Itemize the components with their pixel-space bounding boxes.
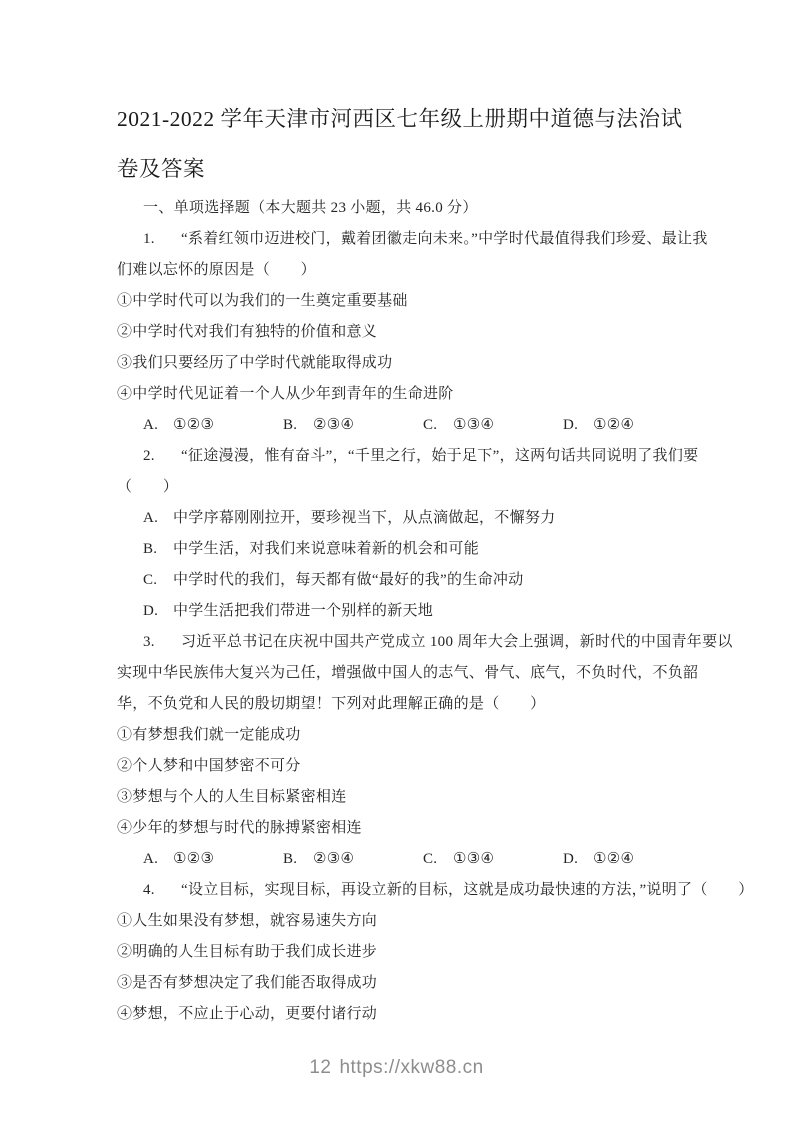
document-page: 2021-2022 学年天津市河西区七年级上册期中道德与法治试 卷及答案 一、单… (0, 0, 793, 1122)
question-1-choice-row: A.①②③B.②③④C.①③④D.①②④ (117, 410, 717, 441)
question-2-choice-c: C.中学时代的我们，每天都有做“最好的我”的生命冲动 (117, 565, 717, 596)
page-title: 2021-2022 学年天津市河西区七年级上册期中道德与法治试 卷及答案 (117, 94, 683, 194)
question-4-stem-text: “设立目标，实现目标，再设立新的目标，这就是成功最快速的方法，”说明了（ ） (181, 882, 754, 898)
choice-label: D. (143, 596, 173, 627)
choice-value: ①③④ (453, 851, 494, 867)
question-1-choice-d: D.①②④ (563, 410, 634, 441)
question-1-item-1: ①中学时代可以为我们的一生奠定重要基础 (117, 286, 717, 317)
question-3-stem-line-3: 华，不负党和人民的殷切期望！下列对此理解正确的是（ ） (117, 689, 717, 720)
question-2-stem-line-1: 2.“征途漫漫，惟有奋斗”，“千里之行，始于足下”，这两句话共同说明了我们要 (117, 441, 717, 472)
choice-value: 中学序幕刚刚拉开，要珍视当下，从点滴做起，不懈努力 (173, 510, 556, 526)
question-4-number: 4. (143, 875, 181, 906)
question-1-stem-line-2: 们难以忘怀的原因是（ ） (117, 255, 717, 286)
exam-body: 一、单项选择题（本大题共 23 小题，共 46.0 分） 1.“系着红领巾迈进校… (117, 193, 717, 1030)
question-1-choice-a: A.①②③ (143, 410, 283, 441)
question-2-stem-line-2: （ ） (117, 472, 717, 503)
choice-label: C. (423, 410, 453, 441)
choice-value: ②③④ (313, 417, 354, 433)
choice-value: ①②③ (173, 851, 214, 867)
question-3-choice-b: B.②③④ (283, 844, 423, 875)
choice-value: ①②④ (593, 417, 634, 433)
question-2: 2.“征途漫漫，惟有奋斗”，“千里之行，始于足下”，这两句话共同说明了我们要 （… (117, 441, 717, 627)
choice-label: C. (143, 565, 173, 596)
question-1: 1.“系着红领巾迈进校门，戴着团徽走向未来。”中学时代最值得我们珍爱、最让我 们… (117, 224, 717, 441)
question-1-stem-text: “系着红领巾迈进校门，戴着团徽走向未来。”中学时代最值得我们珍爱、最让我 (181, 231, 708, 247)
choice-value: 中学时代的我们，每天都有做“最好的我”的生命冲动 (173, 572, 524, 588)
question-4-item-3: ③是否有梦想决定了我们能否取得成功 (117, 968, 717, 999)
question-1-choice-b: B.②③④ (283, 410, 423, 441)
question-2-choice-b: B.中学生活，对我们来说意味着新的机会和可能 (117, 534, 717, 565)
question-3-number: 3. (143, 627, 181, 658)
choice-label: B. (283, 844, 313, 875)
question-3-item-4: ④少年的梦想与时代的脉搏紧密相连 (117, 813, 717, 844)
question-3-item-2: ②个人梦和中国梦密不可分 (117, 751, 717, 782)
choice-label: A. (143, 410, 173, 441)
question-3-stem-line-2: 实现中华民族伟大复兴为己任，增强做中国人的志气、骨气、底气，不负时代，不负韶 (117, 658, 717, 689)
choice-label: A. (143, 844, 173, 875)
question-1-number: 1. (143, 224, 181, 255)
question-2-choice-a: A.中学序幕刚刚拉开，要珍视当下，从点滴做起，不懈努力 (117, 503, 717, 534)
page-number: 12 (309, 1057, 331, 1078)
choice-value: 中学生活把我们带进一个别样的新天地 (173, 603, 433, 619)
choice-label: B. (143, 534, 173, 565)
question-1-choice-c: C.①③④ (423, 410, 563, 441)
site-url: https://xkw88.cn (339, 1057, 483, 1078)
question-1-stem-line-1: 1.“系着红领巾迈进校门，戴着团徽走向未来。”中学时代最值得我们珍爱、最让我 (117, 224, 717, 255)
choice-value: ②③④ (313, 851, 354, 867)
question-3: 3.习近平总书记在庆祝中国共产党成立 100 周年大会上强调，新时代的中国青年要… (117, 627, 717, 875)
question-2-choice-d: D.中学生活把我们带进一个别样的新天地 (117, 596, 717, 627)
choice-value: 中学生活，对我们来说意味着新的机会和可能 (173, 541, 479, 557)
question-3-item-1: ①有梦想我们就一定能成功 (117, 720, 717, 751)
choice-label: D. (563, 844, 593, 875)
question-1-item-2: ②中学时代对我们有独特的价值和意义 (117, 317, 717, 348)
page-footer: 12https://xkw88.cn (0, 1057, 793, 1079)
choice-label: B. (283, 410, 313, 441)
question-1-item-4: ④中学时代见证着一个人从少年到青年的生命进阶 (117, 379, 717, 410)
page-title-line-1: 2021-2022 学年天津市河西区七年级上册期中道德与法治试 (117, 94, 683, 144)
question-3-choice-c: C.①③④ (423, 844, 563, 875)
question-3-choice-d: D.①②④ (563, 844, 634, 875)
choice-value: ①②④ (593, 851, 634, 867)
question-3-choice-row: A.①②③B.②③④C.①③④D.①②④ (117, 844, 717, 875)
choice-label: A. (143, 503, 173, 534)
question-3-stem-line-1: 3.习近平总书记在庆祝中国共产党成立 100 周年大会上强调，新时代的中国青年要… (117, 627, 717, 658)
question-1-item-3: ③我们只要经历了中学时代就能取得成功 (117, 348, 717, 379)
question-4: 4.“设立目标，实现目标，再设立新的目标，这就是成功最快速的方法，”说明了（ ）… (117, 875, 717, 1030)
section-heading: 一、单项选择题（本大题共 23 小题，共 46.0 分） (117, 193, 717, 224)
choice-value: ①③④ (453, 417, 494, 433)
question-2-number: 2. (143, 441, 181, 472)
question-4-item-4: ④梦想，不应止于心动，更要付诸行动 (117, 999, 717, 1030)
choice-value: ①②③ (173, 417, 214, 433)
question-2-stem-text: “征途漫漫，惟有奋斗”，“千里之行，始于足下”，这两句话共同说明了我们要 (181, 448, 698, 464)
question-3-item-3: ③梦想与个人的人生目标紧密相连 (117, 782, 717, 813)
question-4-item-1: ①人生如果没有梦想，就容易速失方向 (117, 906, 717, 937)
page-title-line-2: 卷及答案 (117, 144, 683, 194)
question-3-stem-text: 习近平总书记在庆祝中国共产党成立 100 周年大会上强调，新时代的中国青年要以 (181, 634, 733, 650)
question-3-choice-a: A.①②③ (143, 844, 283, 875)
question-4-stem-line-1: 4.“设立目标，实现目标，再设立新的目标，这就是成功最快速的方法，”说明了（ ） (117, 875, 717, 906)
question-4-item-2: ②明确的人生目标有助于我们成长进步 (117, 937, 717, 968)
choice-label: D. (563, 410, 593, 441)
choice-label: C. (423, 844, 453, 875)
